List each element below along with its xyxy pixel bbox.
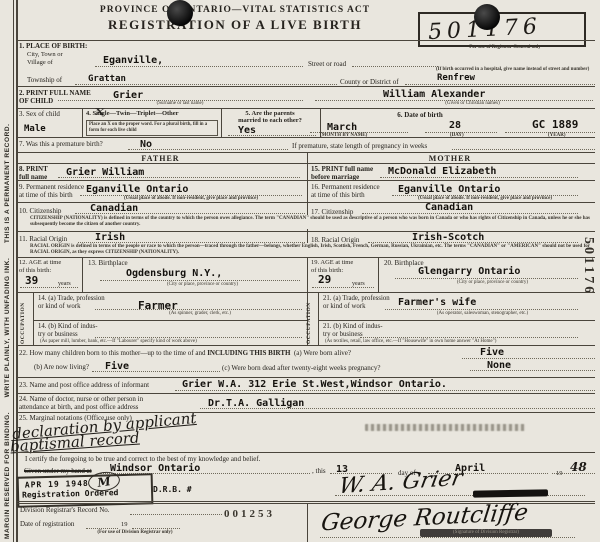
registration-number-box: 501176 (418, 12, 586, 47)
registrar-signature-note: (Signature of Division Registrar) (422, 530, 550, 536)
registration-date-label: Date of registration (20, 520, 74, 528)
redacted-signature-caption (473, 489, 548, 497)
plurality-note: Place an X on the proper word. For a plu… (86, 120, 218, 136)
attendant-label: 24. Name of doctor, nurse or other perso… (19, 395, 184, 411)
faint-stamp (365, 424, 525, 431)
form-title: REGISTRATION OF A LIVE BIRTH (70, 17, 400, 33)
stamp-initials: M (97, 474, 112, 490)
township-value: Grattan (88, 74, 126, 84)
dob-label: 6. Date of birth (330, 111, 510, 119)
mother-birthplace-note: (City or place, province or country) (410, 280, 575, 286)
informant-label: 23. Name and post office address of info… (19, 381, 149, 389)
number-box-caption: For use of Registrar General only (430, 45, 580, 51)
mother-trade-note: (As operator, saleswoman, stenographer, … (390, 311, 575, 317)
children-question-prefix: 22. How many children born to this mothe… (19, 349, 207, 357)
father-age-label: 12. AGE at time of this birth: (19, 259, 61, 275)
record-number-value: 001253 (224, 508, 275, 520)
born-alive-value: Five (480, 347, 504, 358)
birth-registration-scan: { "colors": {"paper": "#e9e6de", "ink": … (0, 0, 600, 542)
father-residence-value: Eganville Ontario (86, 184, 188, 195)
surname-note: (Surname or last name) (120, 101, 240, 107)
stamp-text: Registration Ordered (22, 487, 151, 499)
father-age-value: 39 (25, 274, 38, 287)
father-industry-label: 14. (b) Kind of indus- try or business (38, 323, 97, 340)
mother-residence-label: 16. Permanent residence at time of this … (311, 183, 397, 199)
racial-definition: RACIAL ORIGIN is defined in terms of the… (30, 244, 590, 257)
father-birthplace-value: Ogdensburg N.Y., (126, 268, 222, 279)
father-trade-note: (As spinner, grader, clerk, etc.) (120, 311, 280, 317)
now-living-label: (b) Are now living? (34, 363, 89, 371)
child-name-label: 2. PRINT FULL NAME OF CHILD (19, 89, 119, 105)
mother-residence-value: Eganville Ontario (398, 184, 500, 195)
binding-margin-note: MARGIN RESERVED FOR BINDING. WRITE PLAIN… (4, 123, 11, 539)
plurality-x-mark: X (93, 107, 105, 118)
city-value: Eganville, (103, 55, 163, 66)
informant-value: Grier W.A. 312 Erie St.West,Windsor Onta… (182, 379, 447, 390)
citizenship-definition: CITIZENSHIP (NATIONALITY) is defined in … (30, 216, 590, 229)
record-number-label: Division Registrar's Record No. (20, 506, 110, 514)
premature-note: If premature, state length of pregnancy … (292, 142, 427, 150)
sex-value: Male (24, 124, 46, 134)
left-double-rule-outer (13, 0, 14, 542)
left-double-rule-inner (16, 0, 18, 542)
mother-racial-label: 18. Racial Origin (311, 236, 359, 244)
certify-text: I certify the foregoing to be true and c… (25, 455, 260, 463)
township-label: Township of (27, 76, 62, 84)
mother-citizenship-label: 17. Citizenship (311, 208, 353, 216)
mother-occupation-side-label: OCCUPATION (306, 294, 312, 344)
act-line: PROVINCE OF ONTARIO—VITAL STATISTICS ACT (70, 5, 400, 15)
dob-year: GC 1889 (532, 118, 578, 131)
mother-trade-value: Farmer's wife (398, 297, 476, 308)
place-of-birth-label: 1. PLACE OF BIRTH: (19, 42, 87, 50)
children-question: 22. How many children born to this mothe… (19, 349, 351, 357)
children-question-bold: INCLUDING THIS BIRTH (207, 349, 290, 357)
born-dead-label: (c) Were born dead after twenty-eight we… (222, 364, 380, 372)
stamp-drb: D.R.B. # (153, 485, 192, 494)
hole-punch-right (474, 4, 500, 30)
father-occupation-side-label: OCCUPATION (20, 294, 26, 344)
hole-punch-left (167, 0, 193, 26)
certify-year-value: 48 (570, 460, 587, 474)
registration-date-note: (For use of Division Registrar only) (70, 530, 200, 536)
father-racial-label: 11. Racial Origin (19, 235, 67, 243)
parents-married-label: 5. Are the parents married to each other… (224, 110, 316, 124)
child-given-names: William Alexander (383, 89, 485, 100)
county-label: County or District of (340, 78, 399, 86)
county-value: Renfrew (437, 73, 475, 83)
given-names-note: (Given or Christian names) (400, 101, 545, 107)
father-citizenship-label: 10. Citizenship (19, 207, 61, 215)
plurality-label: 4. SingleX—Twin—Triplet—Other (86, 110, 179, 117)
father-birthplace-label: 13. Birthplace (88, 259, 128, 267)
sex-label: 3. Sex of child (19, 110, 60, 118)
registration-date-year-prefix: 19 (121, 521, 128, 528)
street-label: Street or road (308, 60, 346, 68)
premature-label: 7. Was this a premature birth? (19, 140, 103, 148)
mother-trade-label: 21. (a) Trade, profession or kind of wor… (323, 295, 390, 312)
mother-birthplace-value: Glengarry Ontario (418, 266, 520, 277)
city-label: City, Town or Village of (27, 51, 63, 67)
this-label: , this (312, 467, 326, 475)
dob-day: 28 (449, 120, 461, 131)
father-birthplace-note: (City or place, province or country) (115, 282, 290, 288)
born-alive-label: (a) Were born alive? (294, 349, 351, 357)
mother-citizenship-value: Canadian (425, 202, 473, 213)
given-under-hand-label: Given under my hand at (24, 467, 92, 475)
mother-name-value: McDonald Elizabeth (388, 166, 496, 177)
plurality-rest: —Twin—Triplet—Other (109, 110, 178, 117)
mother-age-value: 29 (318, 273, 331, 286)
